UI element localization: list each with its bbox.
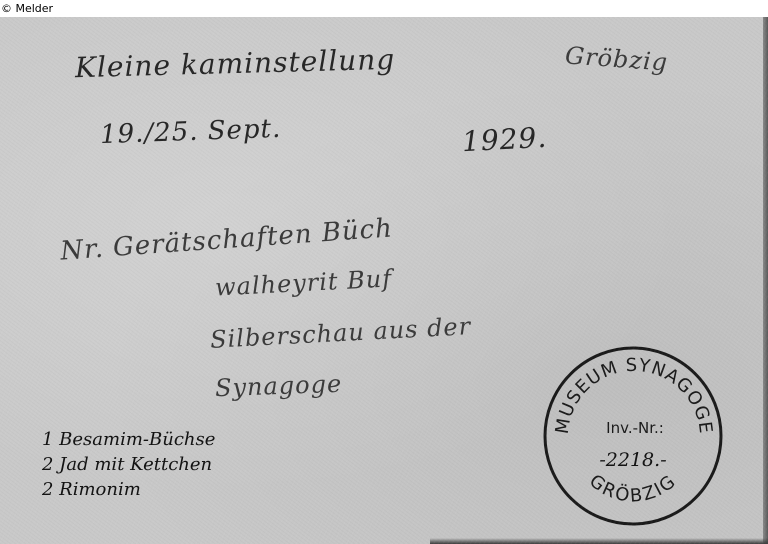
photo-edge-bottom [430, 538, 768, 544]
museum-stamp: MUSEUM SYNAGOGE GRÖBZIG Inv.-Nr.: -2218.… [538, 341, 728, 531]
item-list: 1 Besamim-Büchse 2 Jad mit Kettchen 2 Ri… [42, 427, 215, 502]
handwritten-line-4: walheyrit Buf [214, 264, 392, 301]
stamp-seal-icon: MUSEUM SYNAGOGE GRÖBZIG Inv.-Nr.: -2218.… [538, 341, 728, 531]
handwritten-year: 1929. [461, 121, 548, 158]
photo-edge-right [763, 17, 768, 544]
svg-text:GRÖBZIG: GRÖBZIG [585, 470, 681, 506]
document-photo: Kleine kaminstellung Gröbzig 19./25. Sep… [0, 17, 768, 544]
list-item: 2 Jad mit Kettchen [42, 452, 215, 477]
stamp-bottom-text: GRÖBZIG [585, 470, 681, 506]
handwritten-line-5: Silberschau aus der [209, 312, 471, 354]
handwritten-line-6: Synagoge [215, 370, 343, 402]
handwritten-line-3: Nr. Gerätschaften Büch [59, 213, 393, 266]
handwritten-date: 19./25. Sept. [100, 114, 282, 150]
list-item: 2 Rimonim [42, 477, 215, 502]
stamp-inv-label: Inv.-Nr.: [606, 419, 664, 437]
list-item: 1 Besamim-Büchse [42, 427, 215, 452]
stamp-inv-number: -2218.- [599, 449, 666, 471]
copyright-credit: © Melder [0, 0, 53, 17]
handwritten-place: Gröbzig [564, 41, 669, 76]
handwritten-title: Kleine kaminstellung [75, 43, 396, 84]
